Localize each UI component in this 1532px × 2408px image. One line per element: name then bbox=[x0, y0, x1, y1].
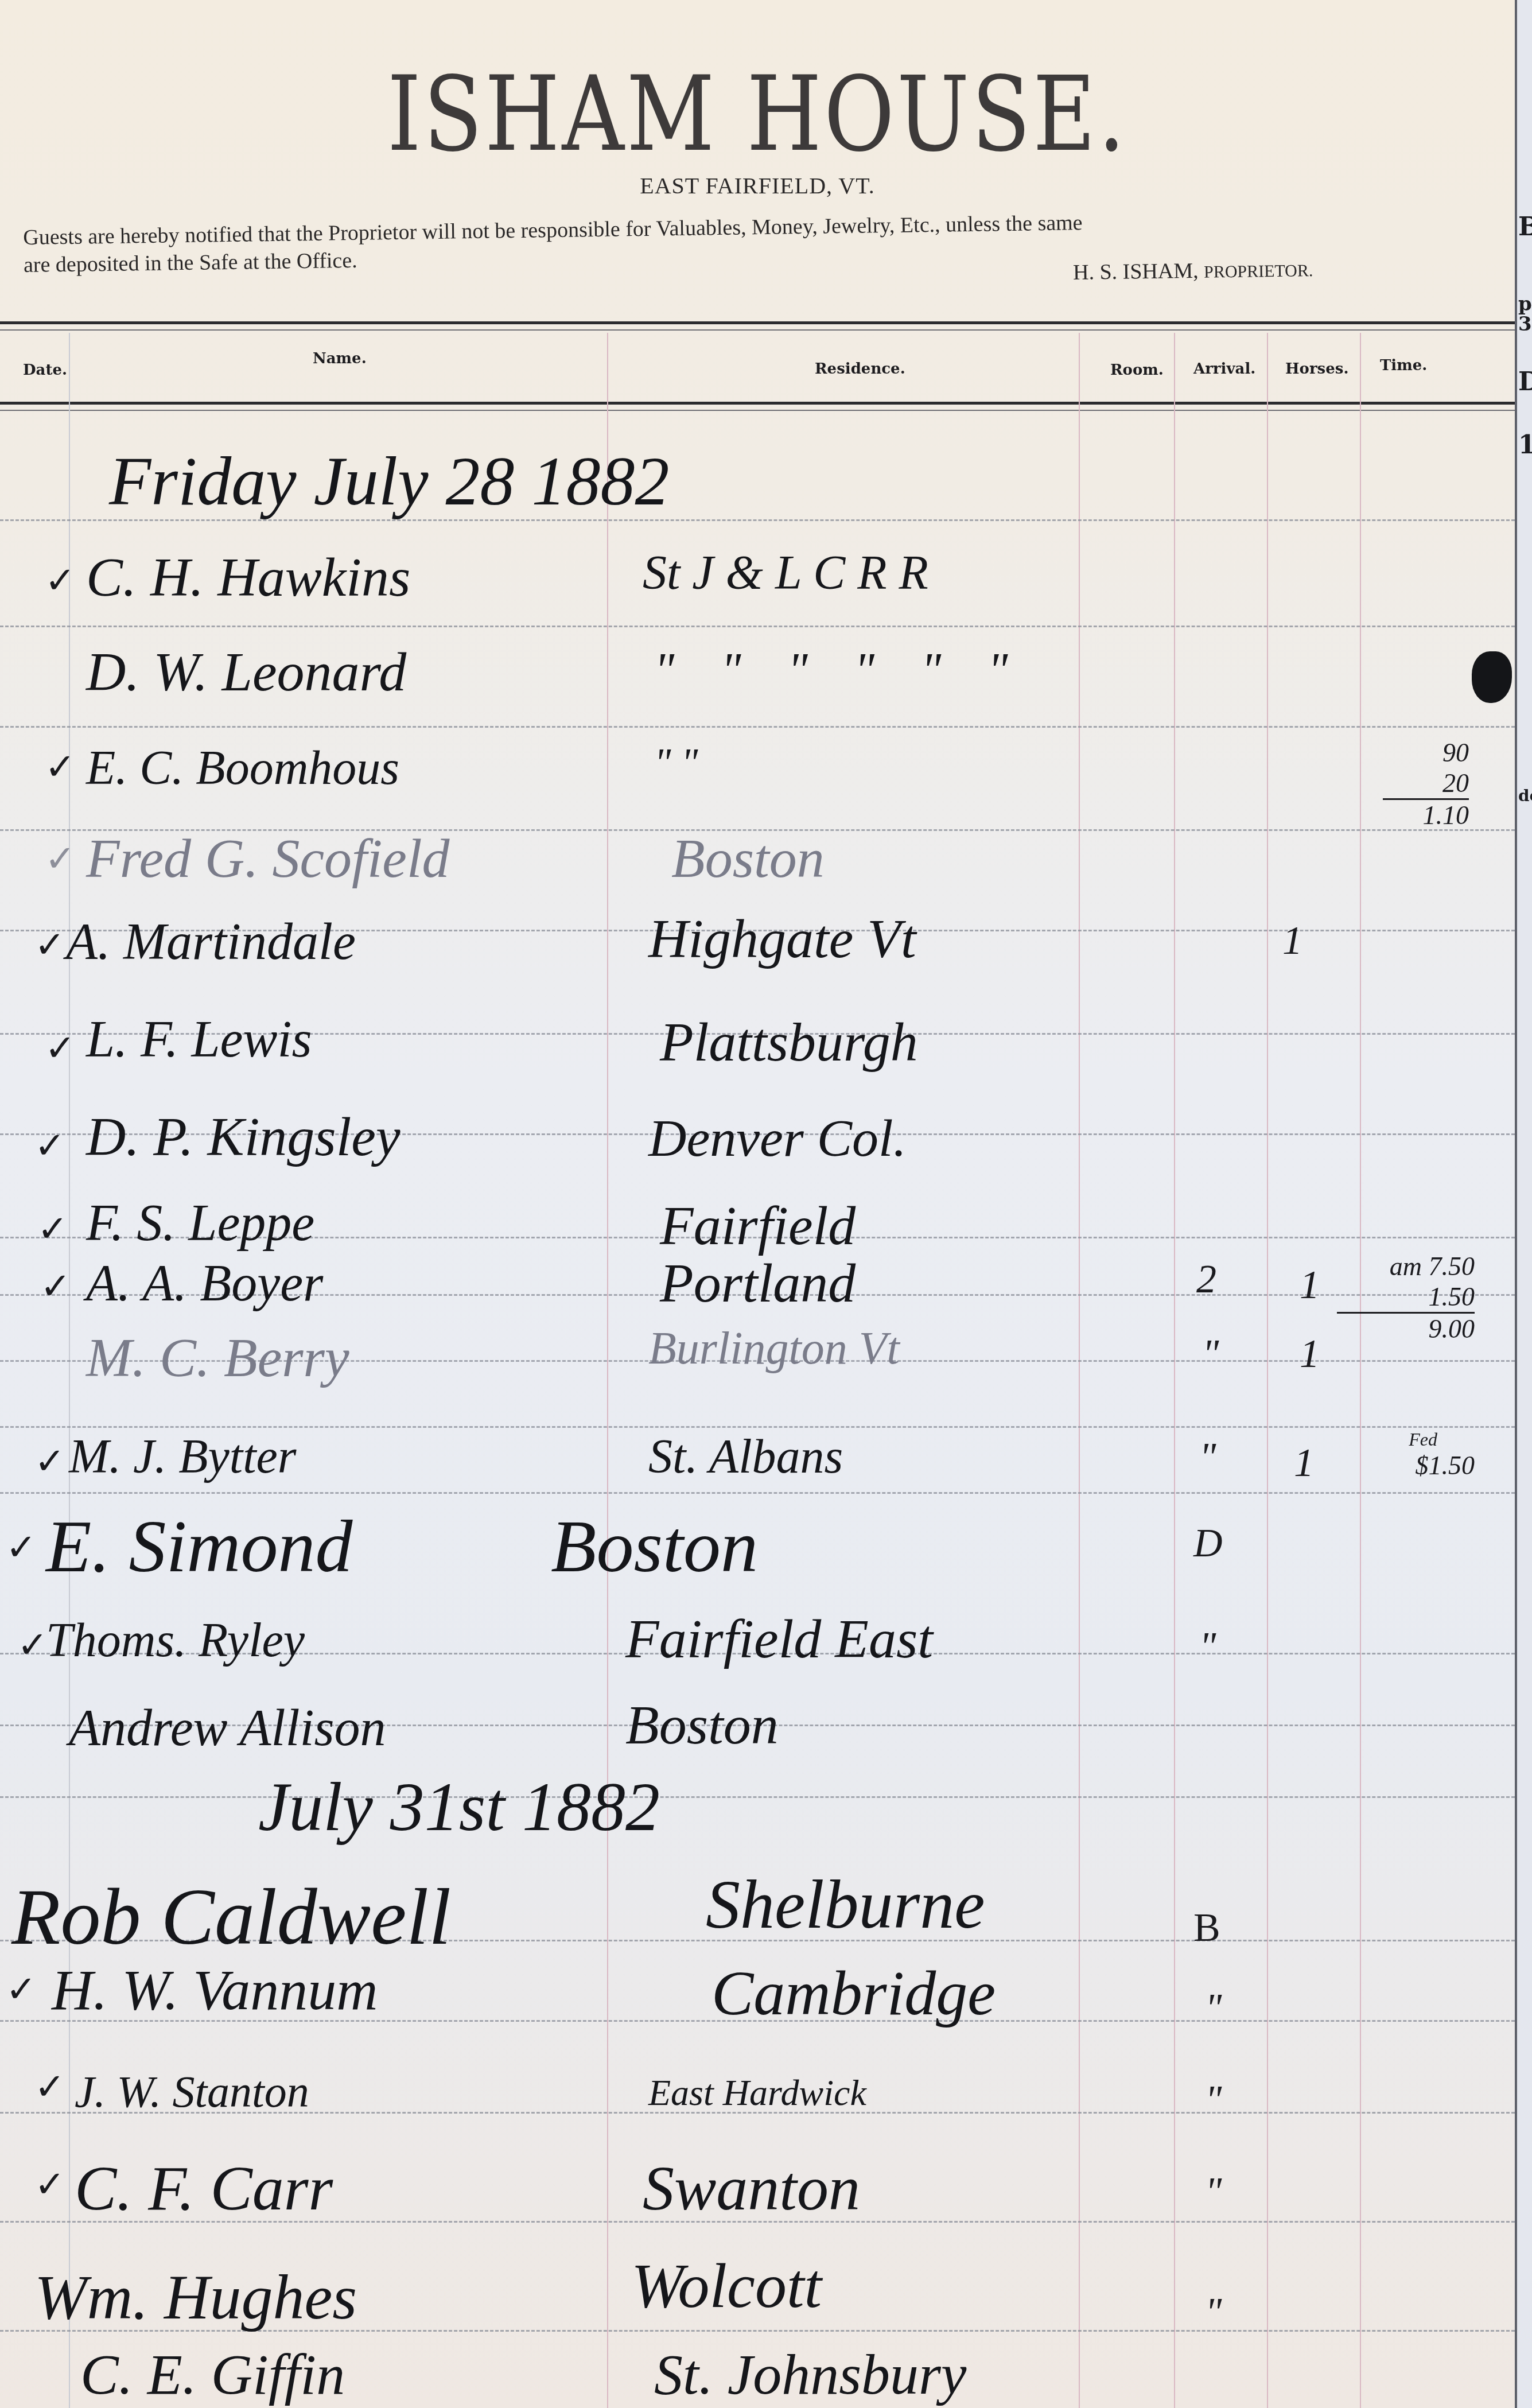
guest-name: Fred G. Scofield bbox=[86, 826, 450, 890]
guest-name: J. W. Stanton bbox=[75, 2066, 309, 2118]
register-page: ISHAM HOUSE. EAST FAIRFIELD, VT. Guests … bbox=[0, 0, 1517, 2408]
proprietor-name: H. S. ISHAM, bbox=[1073, 259, 1199, 285]
guest-residence: St. Albans bbox=[648, 1429, 843, 1485]
guest-residence: " " bbox=[654, 740, 698, 786]
checkmark-icon: ✓ bbox=[6, 1968, 37, 2011]
guest-residence: Plattsburgh bbox=[660, 1010, 918, 1074]
guest-residence: Denver Col. bbox=[648, 1108, 907, 1168]
guest-residence: Wolcott bbox=[631, 2250, 822, 2322]
checkmark-icon: ✓ bbox=[45, 838, 76, 880]
date-heading: July 31st 1882 bbox=[258, 1768, 660, 1847]
time-calculation: am 7.50 1.50 9.00 bbox=[1337, 1251, 1475, 1344]
guest-arrival: " bbox=[1202, 1331, 1219, 1377]
time-calculation: 90 20 1.10 bbox=[1383, 737, 1469, 830]
guest-name: M. C. Berry bbox=[86, 1326, 349, 1389]
ruled-line bbox=[0, 1492, 1515, 1494]
column-header-time: Time. bbox=[1380, 357, 1427, 374]
proprietor-signature: H. S. ISHAM, PROPRIETOR. bbox=[1073, 257, 1313, 285]
guest-arrival: 2 bbox=[1196, 1257, 1216, 1303]
guest-arrival: B bbox=[1193, 1905, 1220, 1951]
guest-residence: Portland bbox=[660, 1251, 856, 1315]
facing-page-fragment: 3 bbox=[1518, 313, 1532, 336]
guest-residence: Highgate Vt bbox=[648, 907, 916, 970]
column-header-date: Date. bbox=[23, 362, 67, 379]
checkmark-icon: ✓ bbox=[17, 1624, 48, 1667]
column-divider-name bbox=[607, 333, 608, 2408]
checkmark-icon: ✓ bbox=[40, 1265, 71, 1308]
guest-residence: East Hardwick bbox=[648, 2072, 866, 2114]
guest-name: Rob Caldwell bbox=[11, 1871, 451, 1963]
guest-name: C. H. Hawkins bbox=[86, 545, 410, 609]
checkmark-icon: ✓ bbox=[37, 1208, 68, 1250]
guest-name: Thoms. Ryley bbox=[46, 1613, 305, 1668]
header-rule-top bbox=[0, 321, 1515, 324]
guest-residence: Fairfield bbox=[660, 1194, 856, 1257]
checkmark-icon: ✓ bbox=[34, 2066, 65, 2108]
column-divider-date bbox=[69, 333, 70, 2408]
checkmark-icon: ✓ bbox=[6, 1527, 37, 1569]
guest-residence: Boston bbox=[625, 1693, 779, 1757]
facing-page-edge bbox=[1517, 0, 1532, 2408]
facing-page-fragment: do bbox=[1518, 786, 1532, 805]
guest-name: A. Martindale bbox=[66, 912, 356, 972]
ruled-line bbox=[0, 626, 1515, 627]
fed-amount: $1.50 bbox=[1371, 1450, 1475, 1481]
calc-line: am 7.50 bbox=[1337, 1251, 1475, 1281]
hotel-title: ISHAM HOUSE. bbox=[0, 55, 1515, 174]
guest-arrival: " bbox=[1205, 1986, 1222, 2032]
fed-note: Fed $1.50 bbox=[1371, 1429, 1475, 1481]
facing-page-fragment: D. bbox=[1518, 367, 1532, 397]
facing-page-fragment: B, bbox=[1518, 212, 1532, 242]
checkmark-icon: ✓ bbox=[34, 924, 65, 966]
facing-page-fragment: p bbox=[1518, 293, 1532, 316]
guest-residence: Swanton bbox=[643, 2152, 860, 2225]
guest-horses: 1 bbox=[1282, 918, 1302, 964]
checkmark-icon: ✓ bbox=[34, 1125, 65, 1167]
calc-total: 9.00 bbox=[1337, 1312, 1475, 1344]
guest-name: Wm. Hughes bbox=[34, 2261, 357, 2334]
guest-residence: Burlington Vt bbox=[648, 1323, 900, 1375]
guest-residence: St J & L C R R bbox=[643, 545, 928, 601]
guest-name: M. J. Bytter bbox=[69, 1429, 297, 1485]
guest-residence: Shelburne bbox=[706, 1865, 985, 1944]
guest-name: F. S. Leppe bbox=[86, 1194, 314, 1253]
header-rule-top-thin bbox=[0, 329, 1515, 331]
guest-arrival: " bbox=[1205, 2290, 1222, 2336]
column-header-room: Room. bbox=[1110, 362, 1164, 379]
guest-horses: 1 bbox=[1294, 1440, 1314, 1486]
guest-name: D. P. Kingsley bbox=[86, 1105, 401, 1168]
ruled-line bbox=[0, 1796, 1515, 1798]
fed-label: Fed bbox=[1371, 1429, 1475, 1450]
guest-residence: " " " " " " bbox=[654, 643, 1025, 698]
guest-residence: St. Johnsbury bbox=[654, 2341, 966, 2407]
guest-horses: 1 bbox=[1300, 1331, 1320, 1377]
column-header-arrival: Arrival. bbox=[1193, 360, 1255, 378]
hotel-location: EAST FAIRFIELD, VT. bbox=[0, 172, 1515, 199]
calc-line: 1.50 bbox=[1337, 1281, 1475, 1312]
ruled-line bbox=[0, 1426, 1515, 1428]
column-header-residence: Residence. bbox=[815, 360, 905, 378]
header-rule-bottom bbox=[0, 402, 1515, 405]
guest-residence: Cambridge bbox=[711, 1957, 996, 2030]
guest-name: D. W. Leonard bbox=[86, 640, 406, 704]
checkmark-icon: ✓ bbox=[45, 1027, 76, 1070]
guest-name: C. E. Giffin bbox=[80, 2341, 345, 2407]
guest-name: E. C. Boomhous bbox=[86, 740, 399, 796]
guest-name: H. W. Vannum bbox=[52, 1957, 378, 2023]
guest-name: E. Simond bbox=[46, 1504, 352, 1590]
guest-arrival: " bbox=[1199, 1435, 1216, 1481]
calc-total: 1.10 bbox=[1383, 798, 1469, 830]
guest-name: L. F. Lewis bbox=[86, 1010, 312, 1069]
column-divider-room bbox=[1174, 333, 1175, 2408]
guest-horses: 1 bbox=[1300, 1263, 1320, 1308]
guest-arrival: D bbox=[1193, 1521, 1223, 1567]
guest-residence: Boston bbox=[551, 1504, 758, 1590]
proprietor-title: PROPRIETOR. bbox=[1204, 261, 1313, 282]
ruled-line bbox=[0, 726, 1515, 728]
checkmark-icon: ✓ bbox=[45, 560, 76, 602]
guest-residence: Fairfield East bbox=[625, 1607, 933, 1671]
calc-line: 20 bbox=[1383, 768, 1469, 798]
column-divider-horses bbox=[1360, 333, 1361, 2408]
column-divider-residence bbox=[1079, 333, 1080, 2408]
guest-arrival: " bbox=[1205, 2077, 1222, 2123]
date-heading: Friday July 28 1882 bbox=[109, 442, 669, 521]
column-header-name: Name. bbox=[313, 350, 367, 367]
guest-arrival: " bbox=[1199, 1624, 1216, 1670]
calc-line: 90 bbox=[1383, 737, 1469, 768]
checkmark-icon: ✓ bbox=[34, 1440, 65, 1483]
header-rule-bottom-thin bbox=[0, 410, 1515, 411]
column-header-horses: Horses. bbox=[1285, 360, 1348, 378]
guest-arrival: " bbox=[1205, 2169, 1222, 2215]
facing-page-fragment: 1. bbox=[1518, 430, 1532, 460]
ink-blot bbox=[1472, 651, 1512, 703]
checkmark-icon: ✓ bbox=[34, 2164, 65, 2206]
guest-name: A. A. Boyer bbox=[86, 1254, 323, 1313]
guest-residence: Boston bbox=[671, 826, 825, 890]
column-divider-arrival bbox=[1267, 333, 1268, 2408]
guest-name: Andrew Allison bbox=[69, 1699, 386, 1758]
guest-name: C. F. Carr bbox=[75, 2152, 333, 2225]
checkmark-icon: ✓ bbox=[45, 746, 76, 789]
